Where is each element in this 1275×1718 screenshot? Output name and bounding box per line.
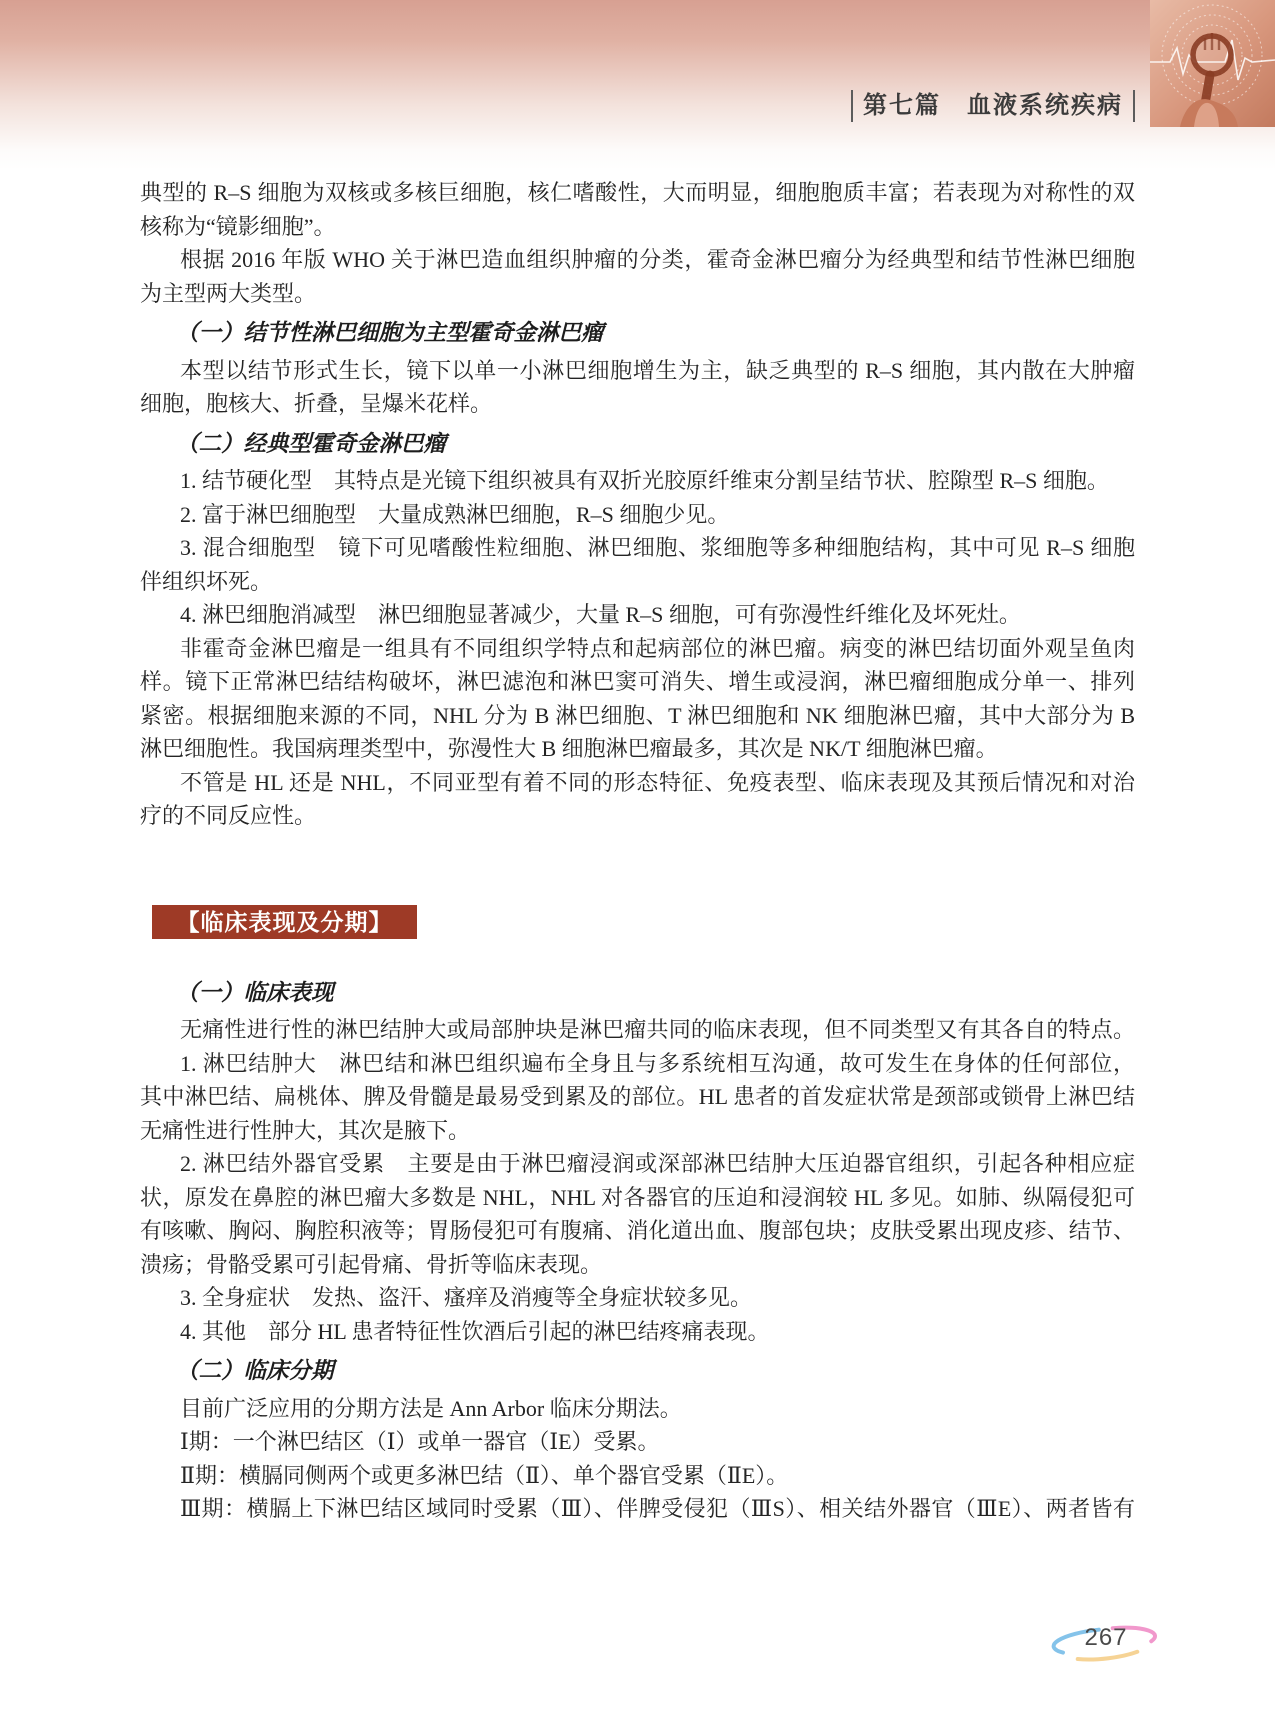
page-number: 267 [1048,1624,1164,1652]
text-line: 目前广泛应用的分期方法是 Ann Arbor 临床分期法。 [140,1392,1135,1426]
hand-magnifier-ecg-illustration [1150,0,1275,127]
subsection-heading: （二）经典型霍奇金淋巴瘤 [140,427,1135,461]
text-line: 无痛性进行性的淋巴结肿大或局部肿块是淋巴瘤共同的临床表现，但不同类型又有其各自的… [140,1013,1135,1047]
text-line: 为主型两大类型。 [140,277,1135,311]
text-line: 有咳嗽、胸闷、胸腔积液等；胃肠侵犯可有腹痛、消化道出血、腹部包块；皮肤受累出现皮… [140,1214,1135,1248]
numbered-item-line: 2. 富于淋巴细胞型 大量成熟淋巴细胞，R–S 细胞少见。 [140,498,1135,532]
text-line: 无痛性进行性肿大，其次是腋下。 [140,1114,1135,1148]
numbered-item-line: 4. 其他 部分 HL 患者特征性饮酒后引起的淋巴结疼痛表现。 [140,1315,1135,1349]
text-line: 核称为“镜影细胞”。 [140,210,1135,244]
text-line: 伴组织坏死。 [140,565,1135,599]
textbook-page: 第七篇 血液系统疾病 典型的 R–S 细胞为双核或多核巨细胞，核仁嗜酸性，大而明… [0,0,1275,1718]
subsection-heading: （一）临床表现 [140,976,1135,1010]
text-line: 根据 2016 年版 WHO 关于淋巴造血组织肿瘤的分类，霍奇金淋巴瘤分为经典型… [140,243,1135,277]
section-banner: 【临床表现及分期】 [152,905,417,939]
numbered-item-line: 3. 全身症状 发热、盗汗、瘙痒及消瘦等全身症状较多见。 [140,1281,1135,1315]
text-line: 样。镜下正常淋巴结结构破坏，淋巴滤泡和淋巴窦可消失、增生或浸润，淋巴瘤细胞成分单… [140,665,1135,699]
text-line: 淋巴细胞性。我国病理类型中，弥漫性大 B 细胞淋巴瘤最多，其次是 NK/T 细胞… [140,732,1135,766]
numbered-item-line: 4. 淋巴细胞消减型 淋巴细胞显著减少，大量 R–S 细胞，可有弥漫性纤维化及坏… [140,598,1135,632]
text-line: 紧密。根据细胞来源的不同，NHL 分为 B 淋巴细胞、T 淋巴细胞和 NK 细胞… [140,699,1135,733]
chapter-header: 第七篇 血液系统疾病 [851,90,1135,122]
text-line: 不管是 HL 还是 NHL，不同亚型有着不同的形态特征、免疫表型、临床表现及其预… [140,766,1135,800]
subsection-heading: （二）临床分期 [140,1354,1135,1388]
numbered-item-line: 2. 淋巴结外器官受累 主要是由于淋巴瘤浸润或深部淋巴结肿大压迫器官组织，引起各… [140,1147,1135,1181]
text-line: 典型的 R–S 细胞为双核或多核巨细胞，核仁嗜酸性，大而明显，细胞胞质丰富；若表… [140,176,1135,210]
text-line: 溃疡；骨骼受累可引起骨痛、骨折等临床表现。 [140,1248,1135,1282]
stage-line: Ⅰ期：一个淋巴结区（Ⅰ）或单一器官（ⅠE）受累。 [140,1425,1135,1459]
subsection-heading: （一）结节性淋巴细胞为主型霍奇金淋巴瘤 [140,316,1135,350]
text-line: 非霍奇金淋巴瘤是一组具有不同组织学特点和起病部位的淋巴瘤。病变的淋巴结切面外观呈… [140,632,1135,666]
text-line: 本型以结节形式生长，镜下以单一小淋巴细胞增生为主，缺乏典型的 R–S 细胞，其内… [140,354,1135,388]
header-gradient-band [0,0,1275,170]
numbered-item-line: 3. 混合细胞型 镜下可见嗜酸性粒细胞、淋巴细胞、浆细胞等多种细胞结构，其中可见… [140,531,1135,565]
numbered-item-line: 1. 结节硬化型 其特点是光镜下组织被具有双折光胶原纤维束分割呈结节状、腔隙型 … [140,464,1135,498]
stage-line: Ⅲ期：横膈上下淋巴结区域同时受累（Ⅲ）、伴脾受侵犯（ⅢS）、相关结外器官（ⅢE）… [140,1492,1135,1526]
text-line: 其中淋巴结、扁桃体、脾及骨髓是最易受到累及的部位。HL 患者的首发症状常是颈部或… [140,1080,1135,1114]
text-line: 状，原发在鼻腔的淋巴瘤大多数是 NHL，NHL 对各器官的压迫和浸润较 HL 多… [140,1181,1135,1215]
page-number-block: 267 [1048,1616,1168,1666]
page-body: 典型的 R–S 细胞为双核或多核巨细胞，核仁嗜酸性，大而明显，细胞胞质丰富；若表… [140,176,1135,1526]
text-line: 细胞，胞核大、折叠，呈爆米花样。 [140,387,1135,421]
stage-line: Ⅱ期：横膈同侧两个或更多淋巴结（Ⅱ）、单个器官受累（ⅡE）。 [140,1459,1135,1493]
numbered-item-line: 1. 淋巴结肿大 淋巴结和淋巴组织遍布全身且与多系统相互沟通，故可发生在身体的任… [140,1047,1135,1081]
text-line: 疗的不同反应性。 [140,799,1135,833]
